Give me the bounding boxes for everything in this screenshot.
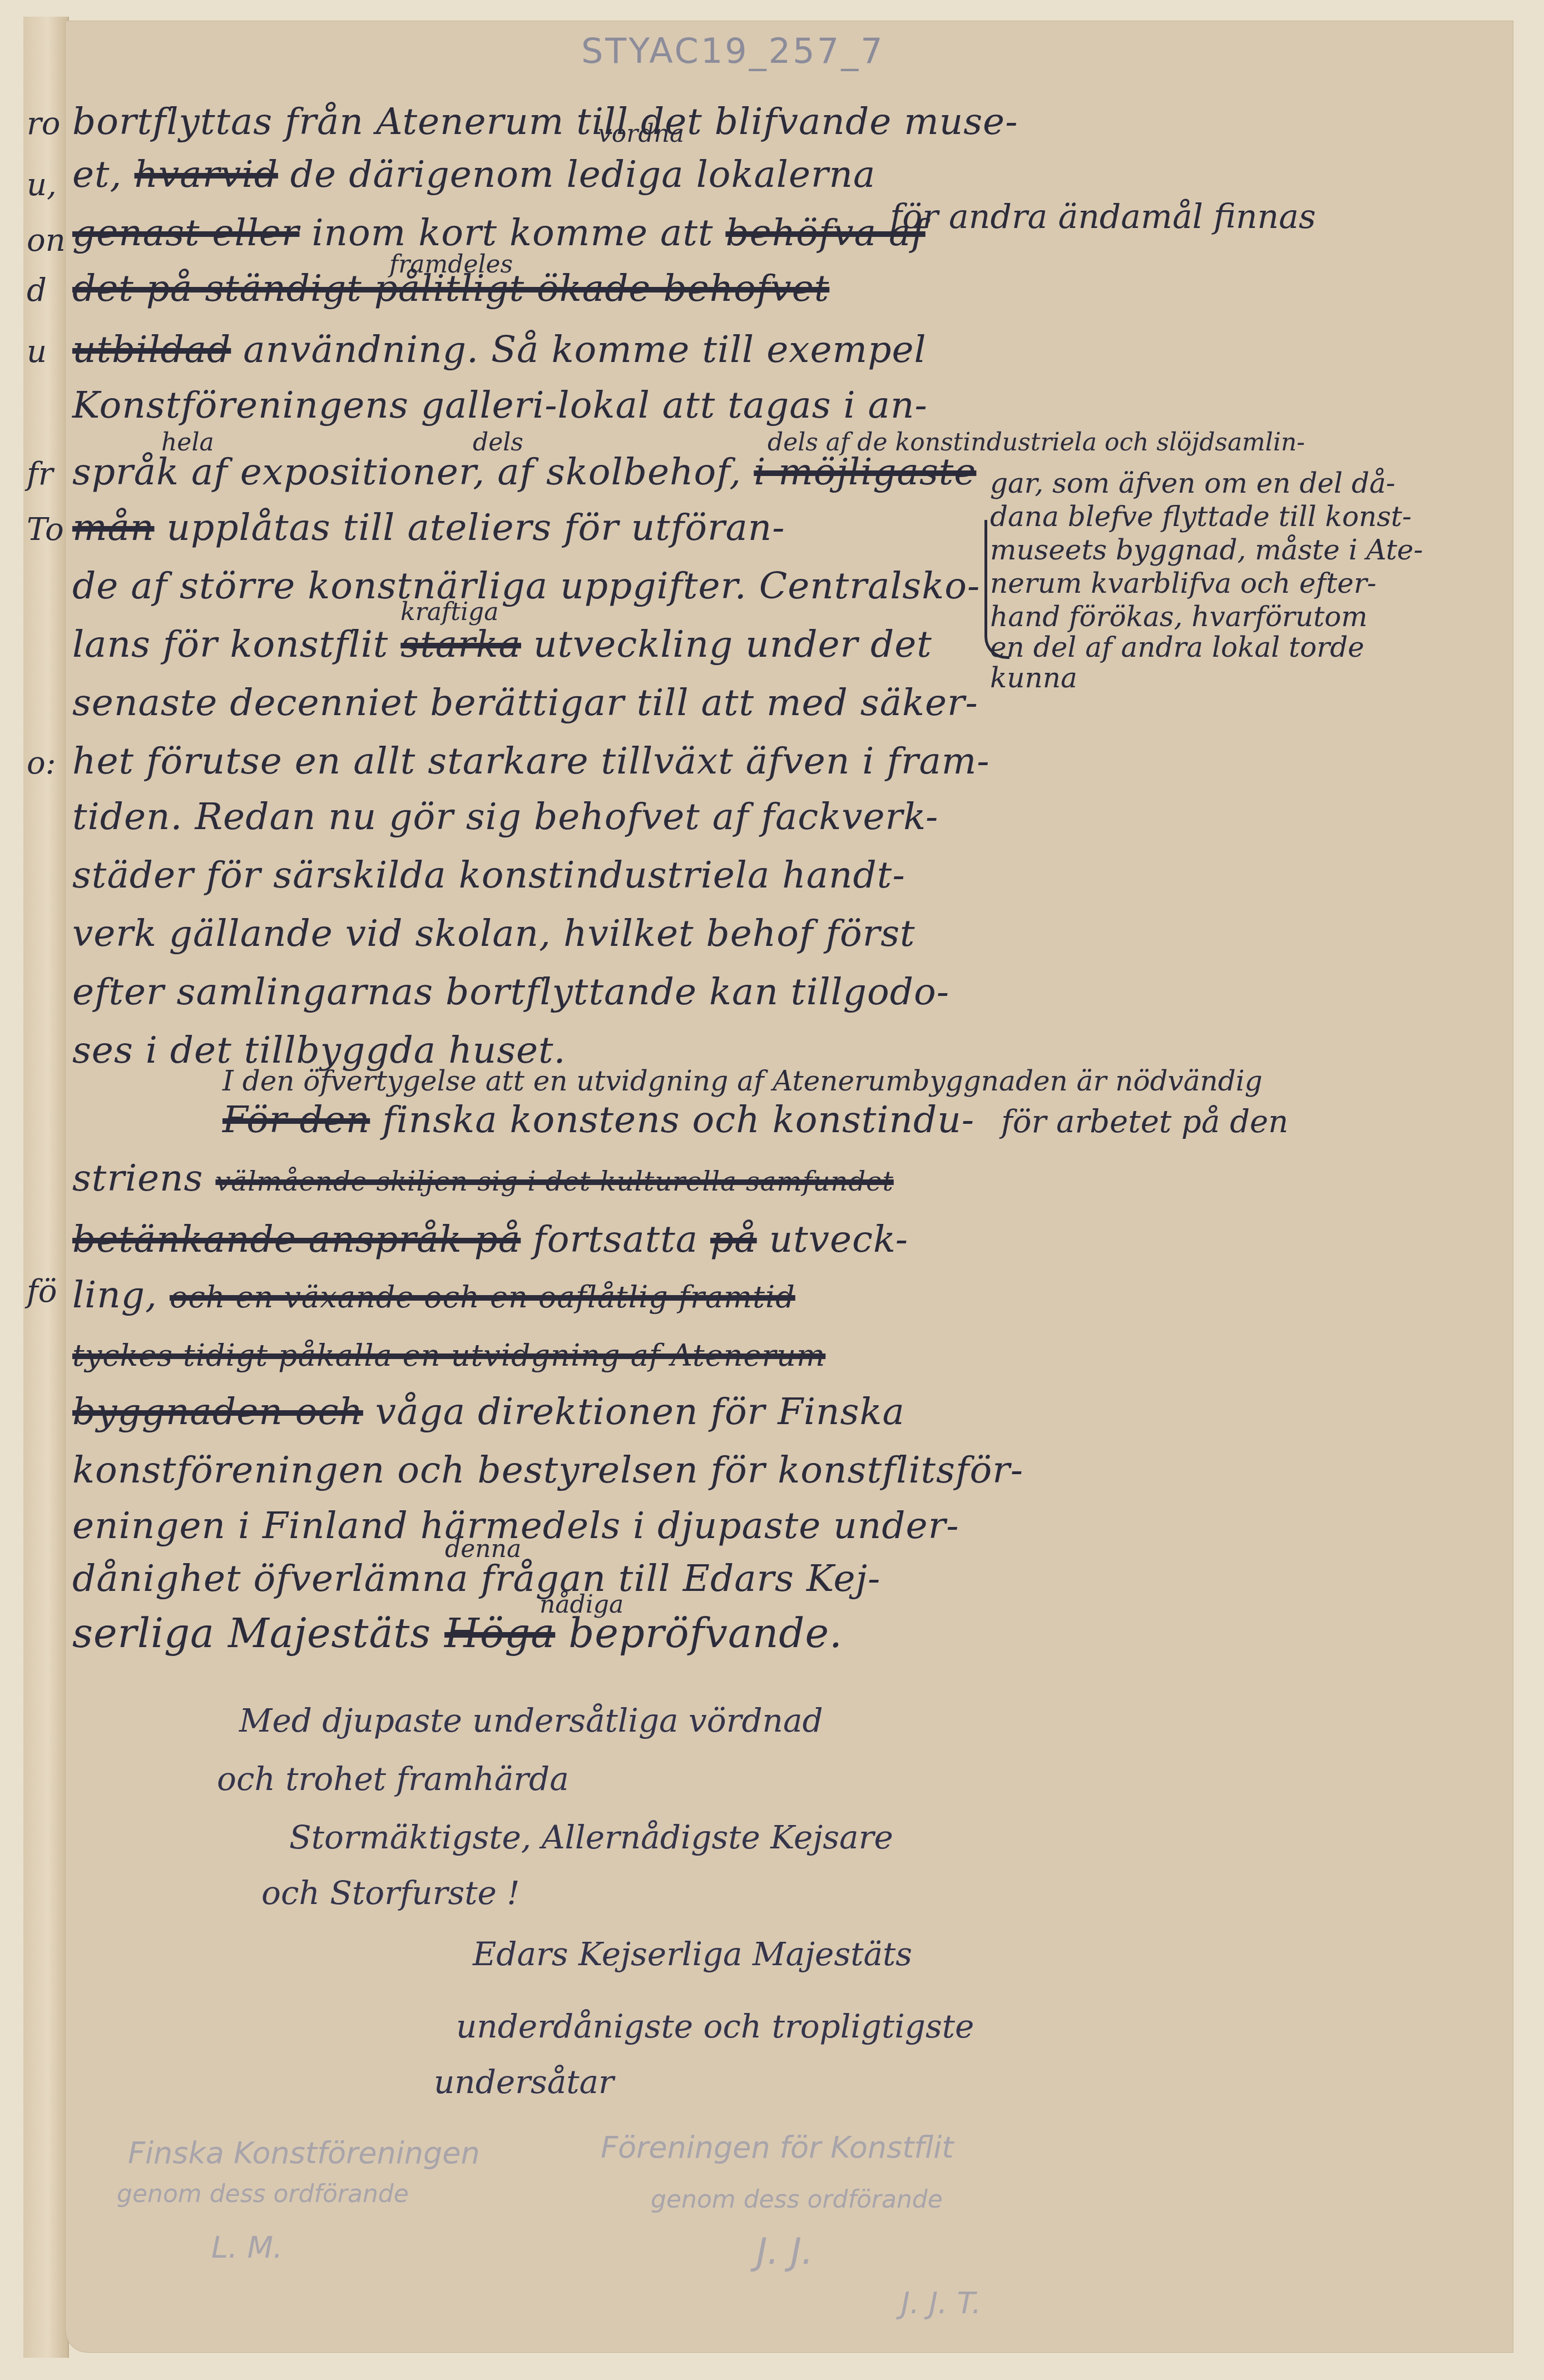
margin-note-line: gar, som äfven om en del då- — [990, 467, 1395, 499]
closing-line: Med djupaste undersåtliga vördnad — [239, 1702, 823, 1739]
margin-note-line: hand förökas, hvarförutom — [990, 601, 1368, 633]
signature-initials-right: J. J. — [756, 2230, 813, 2273]
body-line: efter samlingarnas bortflyttande kan til… — [72, 970, 949, 1013]
facing-fragment: ro — [27, 106, 60, 142]
facing-fragment: o: — [27, 745, 56, 781]
facing-fragment: To — [27, 512, 64, 548]
closing-line: underdånigste och tropligtigste — [456, 2007, 974, 2045]
margin-note-line: dana blefve flyttade till konst- — [990, 500, 1412, 533]
insertion-dels-af-de: dels af de konstindustriela och slöjdsam… — [768, 428, 1305, 457]
body-line: konstföreningen och bestyrelsen för kons… — [72, 1449, 1023, 1491]
body-line: Konstföreningens galleri-lokal att tagas… — [72, 384, 928, 427]
facing-fragment: fö — [27, 1273, 57, 1310]
insertion-i-den-ofvertygelse: I den öfvertygelse att en utvidgning af … — [222, 1065, 1263, 1097]
body-line: serliga Majestäts Höga bepröfvande. — [72, 1610, 843, 1657]
facing-fragment: u, — [27, 167, 57, 203]
archive-id-label: STYAC19_257_7 — [581, 31, 885, 71]
signature-initials-bottom: J. J. T. — [901, 2285, 981, 2320]
body-line: senaste decenniet berättigar till att me… — [72, 681, 978, 724]
body-line: byggnaden och våga direktionen för Finsk… — [72, 1390, 905, 1433]
closing-line: och Storfurste ! — [261, 1874, 520, 1912]
signature-org-right: Föreningen för Konstflit — [601, 2130, 953, 2165]
margin-note-line: museets byggnad, måste i Ate- — [990, 534, 1423, 566]
body-line: mån upplåtas till ateliers för utföran- — [72, 506, 785, 549]
body-line: tiden. Redan nu gör sig behofvet af fack… — [72, 795, 938, 838]
body-line: bortflyttas från Atenerum till det blifv… — [72, 100, 1018, 143]
body-line: städer för särskilda konstindustriela ha… — [72, 854, 905, 896]
facing-fragment: u — [27, 334, 47, 370]
closing-line: undersåtar — [434, 2063, 614, 2101]
body-line: betänkande anspråk på fortsatta på utvec… — [72, 1218, 908, 1261]
facing-fragment: fr — [27, 456, 53, 492]
margin-note-line: kunna — [990, 662, 1077, 694]
facing-fragment: on — [27, 222, 66, 259]
body-line: striens välmående skiljen sig i det kult… — [72, 1157, 894, 1199]
body-line: språk af expositioner, af skolbehof, i m… — [72, 450, 976, 493]
margin-note-line: nerum kvarblifva och efter- — [990, 567, 1377, 599]
signature-via-left: genom dess ordförande — [117, 2180, 409, 2208]
body-line: de af större konstnärliga uppgifter. Cen… — [72, 564, 980, 607]
body-line: För den finska konstens och konstindu- — [222, 1098, 974, 1141]
body-line: genast eller inom kort komme att behöfva… — [72, 211, 926, 254]
insertion-vordna: vordna — [598, 120, 684, 148]
closing-line: Edars Kejserliga Majestäts — [473, 1935, 912, 1973]
facing-fragment: d — [27, 272, 47, 309]
insertion-for-andra: för andra ändamål finnas — [890, 197, 1316, 236]
insertion-kraftiga: kraftiga — [400, 598, 498, 626]
body-line: tyckes tidigt påkalla en utvidgning af A… — [72, 1332, 825, 1375]
margin-note-line: en del af andra lokal torde — [990, 631, 1364, 663]
body-line: verk gällande vid skolan, hvilket behof … — [72, 912, 915, 955]
body-line: het förutse en allt starkare tillväxt äf… — [72, 740, 990, 782]
signature-via-right: genom dess ordförande — [651, 2185, 943, 2214]
signature-initials-left: L. M. — [211, 2230, 283, 2265]
body-line: dånighet öfverlämna frågan till Edars Ke… — [72, 1557, 880, 1600]
closing-line: och trohet framhärda — [217, 1760, 569, 1798]
body-line: det på ständigt pålitligt ökade behofvet — [72, 267, 829, 310]
signature-org-left: Finska Konstföreningen — [128, 2135, 480, 2170]
body-line: ling, och en växande och en oaflåtlig fr… — [72, 1273, 795, 1316]
body-line: lans för konstflit starka utveckling und… — [72, 623, 932, 666]
insertion-for-arbetet: för arbetet på den — [1001, 1104, 1288, 1140]
body-line: utbildad användning. Så komme till exemp… — [72, 328, 927, 371]
body-line: et, hvarvid de därigenom lediga lokalern… — [72, 153, 875, 196]
closing-line: Stormäktigste, Allernådigste Kejsare — [289, 1818, 893, 1856]
